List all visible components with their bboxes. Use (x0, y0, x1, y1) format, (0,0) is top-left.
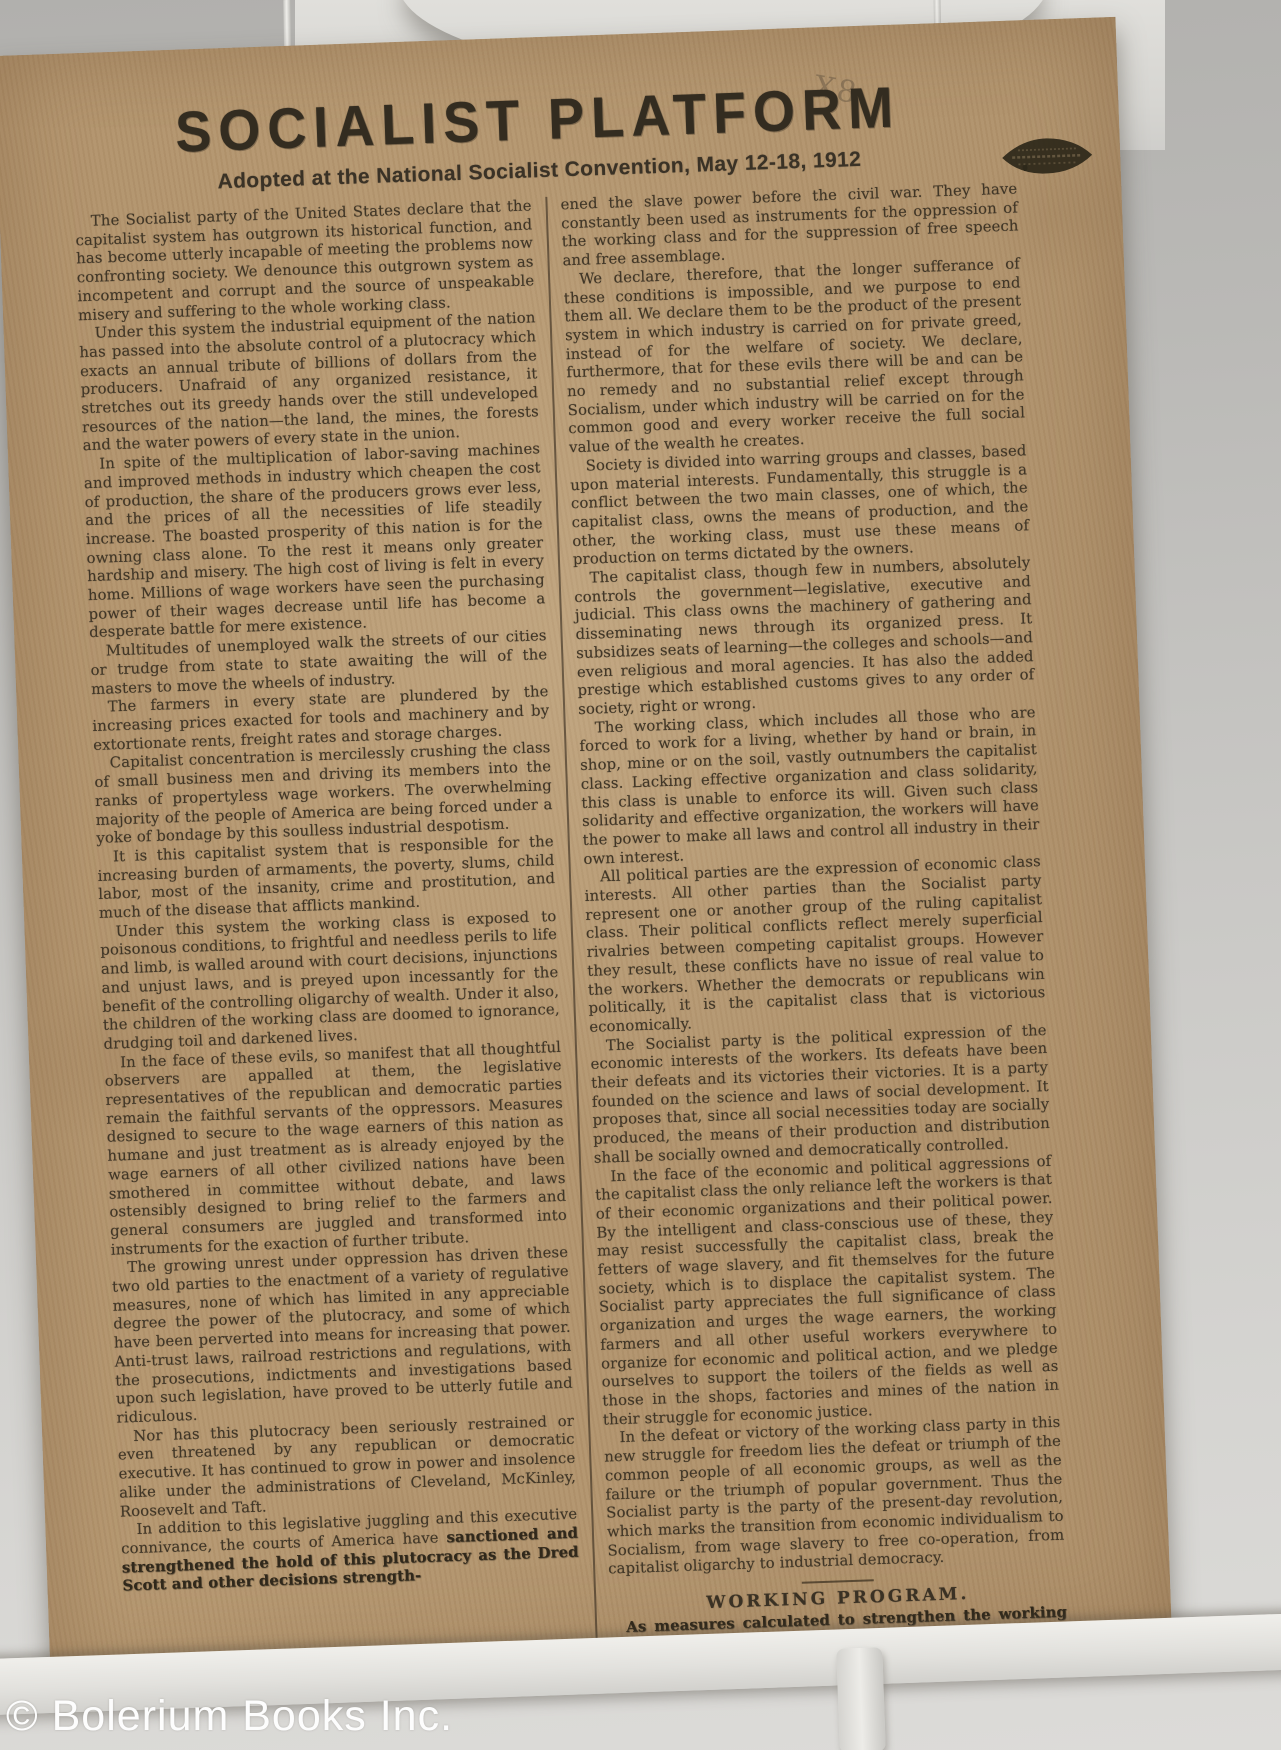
smudged-text: sanctioned and strengthened the hold of … (122, 1525, 579, 1595)
paragraph: The growing unrest under oppression has … (111, 1244, 574, 1428)
paragraph: Under this system the working class is e… (99, 908, 560, 1055)
two-column-text: The Socialist party of the United States… (0, 163, 1171, 1658)
watermark: © Bolerium Books Inc. (6, 1692, 453, 1741)
book-stand-prong (836, 1647, 886, 1750)
paragraph: The working class, which includes all th… (579, 704, 1041, 869)
paragraph: In the face of the economic and politica… (594, 1152, 1060, 1430)
paragraph: Under this system the industrial equipme… (78, 310, 539, 457)
document-paper: X8 SOCIALIST PLATFORM Adopted at the Nat… (0, 17, 1172, 1677)
column-left: The Socialist party of the United States… (75, 197, 594, 1597)
photo-backdrop: { "photo": { "watermark": "© Bolerium Bo… (0, 0, 1281, 1750)
printers-union-bug-icon (997, 134, 1096, 179)
paragraph: We declare, therefore, that the longer s… (563, 255, 1026, 458)
section-divider (801, 1579, 873, 1584)
paragraph: Capitalist concentration is mercilessly … (94, 739, 554, 848)
paragraph: Society is divided into warring groups a… (569, 442, 1030, 570)
paragraph: In addition to this legislative juggling… (120, 1506, 579, 1597)
paragraph: The Socialist party of the United States… (75, 197, 536, 325)
paragraph: In the face of these evils, so manifest … (104, 1039, 568, 1261)
paragraph: In spite of the multiplication of labor-… (83, 440, 546, 643)
paragraph: In the defeat or victory of the working … (603, 1414, 1065, 1579)
paragraph: Nor has this plutocracy been seriously r… (117, 1412, 577, 1521)
paragraph: The Socialist party is the political exp… (590, 1022, 1051, 1169)
column-right: ened the slave power before the civil wa… (545, 180, 1067, 1638)
paragraph: All political parties are the expression… (584, 853, 1047, 1037)
paragraph: The capitalist class, though few in numb… (573, 554, 1035, 719)
